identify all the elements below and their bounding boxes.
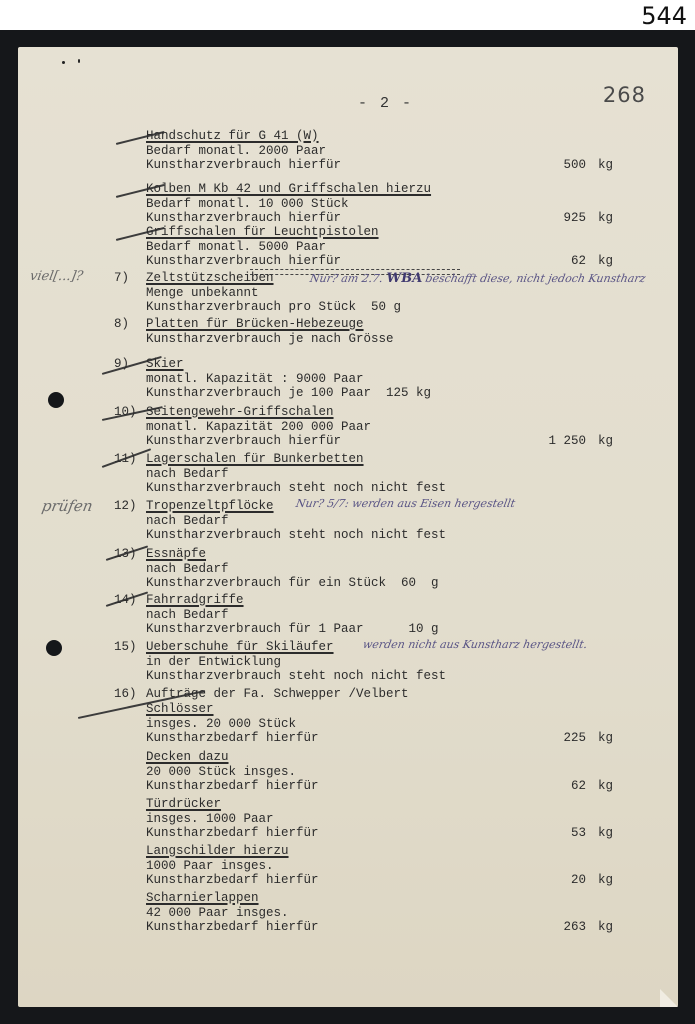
item-number: 16): [114, 687, 137, 702]
handwritten-note-text: beschafft diese, nicht jedoch Kunstharz: [424, 272, 646, 285]
wba-stamp: WBA: [385, 271, 423, 286]
item-detail: Bedarf monatl. 2000 Paar: [146, 144, 326, 159]
list-item: viel[...]? 7)Zeltstützscheiben Nur? am 2…: [18, 271, 678, 315]
item-detail: Kunstharzbedarf hierfür: [146, 920, 319, 935]
item-amount: 225: [563, 731, 586, 746]
item-number: 10): [114, 405, 137, 420]
item-detail: Kunstharzbedarf hierfür: [146, 826, 319, 841]
list-item: Langschilder hierzu 1000 Paar insges. Ku…: [18, 844, 678, 888]
item-title: Skier: [146, 357, 184, 372]
item-unit: kg: [598, 920, 613, 935]
paper-speck: [78, 59, 80, 63]
handwritten-note: Nur? am 2.7. WBA beschafft diese, nicht …: [309, 271, 647, 286]
item-title: Kolben M Kb 42 und Griffschalen hierzu: [146, 182, 431, 197]
item-number: 15): [114, 640, 137, 655]
item-detail: nach Bedarf: [146, 562, 229, 577]
item-unit: kg: [598, 873, 613, 888]
item-amount: 925: [563, 211, 586, 226]
item-title: Fahrradgriffe: [146, 593, 244, 608]
item-amount: 62: [571, 779, 586, 794]
item-title: Tropenzeltpflöcke: [146, 499, 274, 514]
item-detail: Kunstharzverbrauch hierfür: [146, 254, 341, 269]
item-detail: Kunstharzverbrauch steht noch nicht fest: [146, 528, 446, 543]
item-detail: Kunstharzverbrauch hierfür: [146, 211, 341, 226]
item-detail: 20 000 Stück insges.: [146, 765, 296, 780]
item-detail: Kunstharzverbrauch je 100 Paar 125 kg: [146, 386, 431, 401]
list-item: Griffschalen für Leuchtpistolen Bedarf m…: [18, 225, 678, 269]
page-marker: - 2 -: [358, 95, 413, 112]
list-item: prüfen 12)Tropenzeltpflöcke Nur? 5/7: we…: [18, 499, 678, 543]
list-item: 10)Seitengewehr-Griffschalen monatl. Kap…: [18, 405, 678, 449]
item-title: Platten für Brücken-Hebezeuge: [146, 317, 364, 332]
item-detail: Kunstharzverbrauch je nach Grösse: [146, 332, 394, 347]
item-detail: 42 000 Paar insges.: [146, 906, 289, 921]
item-detail: Kunstharzverbrauch hierfür: [146, 158, 341, 173]
item-detail: Menge unbekannt: [146, 286, 259, 301]
item-title: Zeltstützscheiben: [146, 271, 274, 286]
list-item: 13)Essnäpfe nach Bedarf Kunstharzverbrau…: [18, 547, 678, 591]
item-unit: kg: [598, 211, 613, 226]
item-detail: nach Bedarf: [146, 467, 229, 482]
list-item: Handschutz für G 41 (W) Bedarf monatl. 2…: [18, 129, 678, 173]
item-title: Handschutz für G 41 (W): [146, 129, 319, 144]
list-item: 16)Aufträge der Fa. Schwepper /Velbert: [18, 687, 678, 702]
list-item: 14)Fahrradgriffe nach Bedarf Kunstharzve…: [18, 593, 678, 637]
item-title: Decken dazu: [146, 750, 229, 765]
item-detail: monatl. Kapazität : 9000 Paar: [146, 372, 364, 387]
item-number: 13): [114, 547, 137, 562]
item-title: Lagerschalen für Bunkerbetten: [146, 452, 364, 467]
item-detail: Kunstharzbedarf hierfür: [146, 779, 319, 794]
item-detail: Bedarf monatl. 5000 Paar: [146, 240, 326, 255]
item-detail: Kunstharzverbrauch pro Stück 50 g: [146, 300, 401, 315]
folio-number: 268: [603, 83, 646, 107]
folded-corner: [660, 989, 678, 1007]
item-detail: nach Bedarf: [146, 514, 229, 529]
item-unit: kg: [598, 731, 613, 746]
item-detail: insges. 1000 Paar: [146, 812, 274, 827]
item-number: 14): [114, 593, 137, 608]
handwritten-note: Nur? 5/7: werden aus Eisen hergestellt: [295, 497, 516, 510]
list-item: Kolben M Kb 42 und Griffschalen hierzu B…: [18, 182, 678, 226]
item-unit: kg: [598, 434, 613, 449]
list-item: 11)Lagerschalen für Bunkerbetten nach Be…: [18, 452, 678, 496]
item-title: Essnäpfe: [146, 547, 206, 562]
item-number: 7): [114, 271, 129, 286]
item-title: Türdrücker: [146, 797, 221, 812]
item-unit: kg: [598, 779, 613, 794]
item-amount: 62: [571, 254, 586, 269]
item-detail: Kunstharzverbrauch steht noch nicht fest: [146, 481, 446, 496]
item-detail: insges. 20 000 Stück: [146, 717, 296, 732]
item-amount: 20: [571, 873, 586, 888]
list-item: 15)Ueberschuhe für Skiläufer werden nich…: [18, 640, 678, 684]
archive-page-number: 544: [641, 2, 687, 30]
item-detail: Bedarf monatl. 10 000 Stück: [146, 197, 349, 212]
list-item: Decken dazu 20 000 Stück insges. Kunstha…: [18, 750, 678, 794]
item-amount: 53: [571, 826, 586, 841]
item-unit: kg: [598, 254, 613, 269]
item-unit: kg: [598, 158, 613, 173]
item-detail: nach Bedarf: [146, 608, 229, 623]
item-unit: kg: [598, 826, 613, 841]
item-amount: 263: [563, 920, 586, 935]
item-title: Ueberschuhe für Skiläufer: [146, 640, 334, 655]
list-item: Türdrücker insges. 1000 Paar Kunstharzbe…: [18, 797, 678, 841]
item-detail: monatl. Kapazität 200 000 Paar: [146, 420, 371, 435]
item-amount: 500: [563, 158, 586, 173]
item-title: Langschilder hierzu: [146, 844, 289, 859]
item-detail: in der Entwicklung: [146, 655, 281, 670]
item-number: 9): [114, 357, 129, 372]
item-title: Schlösser: [146, 702, 214, 717]
item-detail: Kunstharzbedarf hierfür: [146, 731, 319, 746]
list-item: 8)Platten für Brücken-Hebezeuge Kunsthar…: [18, 317, 678, 346]
item-detail: Kunstharzverbrauch steht noch nicht fest: [146, 669, 446, 684]
item-title: Aufträge der Fa. Schwepper /Velbert: [146, 687, 409, 702]
item-amount: 1 250: [548, 434, 586, 449]
list-item: 9)Skier monatl. Kapazität : 9000 Paar Ku…: [18, 357, 678, 401]
handwritten-note-text: Nur? am 2.7.: [309, 272, 384, 285]
item-detail: Kunstharzverbrauch für 1 Paar 10 g: [146, 622, 439, 637]
item-number: 8): [114, 317, 129, 332]
list-item: Scharnierlappen 42 000 Paar insges. Kuns…: [18, 891, 678, 935]
list-item: Schlösser insges. 20 000 Stück Kunstharz…: [18, 702, 678, 746]
item-title: Seitengewehr-Griffschalen: [146, 405, 334, 420]
item-number: 12): [114, 499, 137, 514]
item-title: Scharnierlappen: [146, 891, 259, 906]
item-number: 11): [114, 452, 137, 467]
document-page: - 2 - 268 Handschutz für G 41 (W) Bedarf…: [18, 47, 678, 1007]
paper-speck: [62, 61, 65, 64]
item-detail: Kunstharzverbrauch für ein Stück 60 g: [146, 576, 439, 591]
item-detail: Kunstharzbedarf hierfür: [146, 873, 319, 888]
item-title: Griffschalen für Leuchtpistolen: [146, 225, 379, 240]
handwritten-note: werden nicht aus Kunstharz hergestellt.: [362, 638, 588, 651]
item-detail: 1000 Paar insges.: [146, 859, 274, 874]
item-detail: Kunstharzverbrauch hierfür: [146, 434, 341, 449]
